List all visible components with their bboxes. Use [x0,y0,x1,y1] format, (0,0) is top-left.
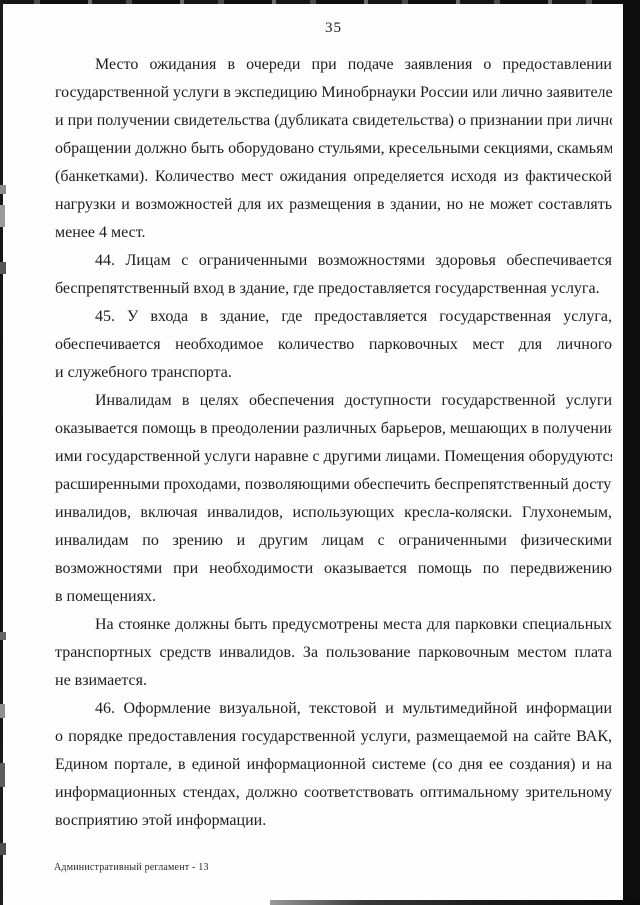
text-line: и служебного транспорта. [55,359,612,387]
scan-artifact [0,843,6,855]
document-body: Место ожидания в очереди при подаче заяв… [55,51,612,835]
paragraph: 46. Оформление визуальной, текстовой и м… [55,695,612,835]
scan-artifact [0,205,5,227]
text-line: (банкетками). Количество мест ожидания о… [55,163,612,191]
text-line: 44. Лицам с ограниченными возможностями … [55,247,612,275]
scan-edge-bottom [270,900,640,905]
text-line: восприятию этой информации. [55,807,612,835]
text-line: транспортных средств инвалидов. За польз… [55,639,612,667]
page-number: 35 [55,20,612,37]
text-line: не взимается. [55,667,612,695]
scanned-document-page: 35 Место ожидания в очереди при подаче з… [0,0,640,905]
text-line: информационных стендах, должно соответст… [55,779,612,807]
text-line: инвалидам по зрению и другим лицам с огр… [55,527,612,555]
scan-artifact [0,704,5,718]
scan-artifact [0,262,6,274]
page-footer: Административный регламент - 13 [54,862,209,873]
scan-artifact [0,763,5,787]
scan-artifact [0,632,6,640]
text-line: оказывается помощь в преодолении различн… [55,415,612,443]
text-line: Едином портале, в единой информационной … [55,751,612,779]
text-line: менее 4 мест. [55,219,612,247]
text-line: государственной услуги в экспедицию Мино… [55,79,612,107]
paragraph: На стоянке должны быть предусмотрены мес… [55,611,612,695]
text-line: Инвалидам в целях обеспечения доступност… [55,387,612,415]
text-line: возможностями при необходимости оказывае… [55,555,612,583]
text-line: обеспечивается необходимое количество па… [55,331,612,359]
text-line: в помещениях. [55,583,612,611]
text-line: ими государственной услуги наравне с дру… [55,443,612,471]
text-line: о порядке предоставления государственной… [55,723,612,751]
scan-edge-right [623,0,640,905]
text-line: Место ожидания в очереди при подаче заяв… [55,51,612,79]
paragraph: 44. Лицам с ограниченными возможностями … [55,247,612,303]
text-line: обращении должно быть оборудовано стулья… [55,135,612,163]
text-line: 45. У входа в здание, где предоставляетс… [55,303,612,331]
paragraph: Место ожидания в очереди при подаче заяв… [55,51,612,247]
text-line: беспрепятственный вход в здание, где пре… [55,275,612,303]
text-line: нагрузки и возможностей для их размещени… [55,191,612,219]
text-line: инвалидов, включая инвалидов, использующ… [55,499,612,527]
paragraph: Инвалидам в целях обеспечения доступност… [55,387,612,611]
text-line: На стоянке должны быть предусмотрены мес… [55,611,612,639]
scan-edge-top [0,0,640,4]
text-line: и при получении свидетельства (дубликата… [55,107,612,135]
scan-artifact [0,185,6,194]
text-line: расширенными проходами, позволяющими обе… [55,471,612,499]
paragraph: 45. У входа в здание, где предоставляетс… [55,303,612,387]
text-line: 46. Оформление визуальной, текстовой и м… [55,695,612,723]
